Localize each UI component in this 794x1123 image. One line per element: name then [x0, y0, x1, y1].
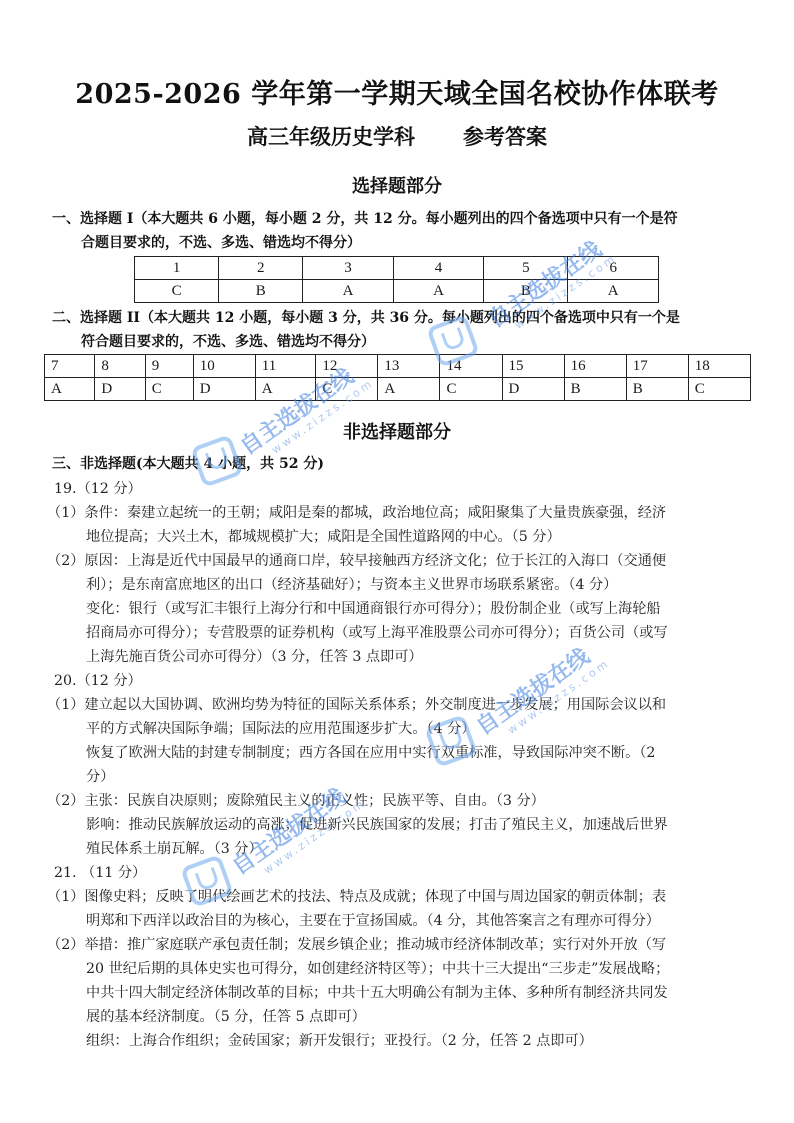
watermark-text: 自主选拔在线 [469, 640, 595, 741]
q-number: 10 [193, 355, 255, 378]
q21-part2-cont2: 中共十四大制定经济体制改革的目标；中共十五大明确公有制为主体、多种所有制经济共同… [86, 981, 668, 1006]
q-answer: A [378, 378, 440, 401]
q20-part1-second: 恢复了欧洲大陆的封建专制制度；西方各国在应用中实行双重标准，导致国际冲突不断。（… [86, 741, 655, 766]
section2-line1: 二、选择题 II（本大题共 12 小题，每小题 3 分，共 36 分。每小题列出… [52, 310, 680, 326]
q-answer: A [568, 280, 659, 303]
q20-part1-second-cont: 分） [86, 765, 114, 790]
q20-part2-impact: 影响：推动民族解放运动的高涨；促进新兴民族国家的发展；打击了殖民主义，加速战后世… [86, 813, 668, 838]
section1-line2: 合题目要求的，不选、多选、错选均不得分） [52, 231, 678, 255]
section2-line2: 符合题目要求的，不选、多选、错选均不得分） [52, 330, 680, 354]
q21-organizations: 组织：上海合作组织；金砖国家；新开发银行；亚投行。（2 分，任答 2 点即可） [86, 1029, 593, 1054]
q-number: 16 [564, 355, 626, 378]
q20-part2-impact-cont: 殖民体系土崩瓦解。（3 分） [86, 837, 263, 862]
q-number: 14 [440, 355, 502, 378]
q19-part2-cont: 利）；是东南富庶地区的出口（经济基础好）；与资本主义世界市场联系紧密。（4 分） [86, 573, 617, 598]
nonchoice-part-heading: 非选择题部分 [0, 418, 794, 444]
table1-answer-row: C B A A B A [135, 280, 659, 303]
q-answer: A [255, 378, 316, 401]
q19-changes-cont: 招商局亦可得分）；专营股票的证券机构（或写上海平准股票公司亦可得分）；百货公司（… [86, 621, 668, 646]
q21-heading: 21. （11 分） [54, 861, 146, 886]
q-number: 3 [303, 257, 393, 280]
q-number: 8 [95, 355, 145, 378]
q20-part1-cont: 平的方式解决国际争端；国际法的应用范围逐步扩大。（4 分） [86, 717, 476, 742]
q-number: 17 [626, 355, 688, 378]
section2-instructions: 二、选择题 II（本大题共 12 小题，每小题 3 分，共 36 分。每小题列出… [52, 306, 680, 354]
answer-table-2: 7 8 9 10 11 12 13 14 15 16 17 18 A D C D… [44, 354, 751, 401]
document-title: 2025-2026 学年第一学期天域全国名校协作体联考 [0, 72, 794, 111]
q21-part2-cont3: 展的基本经济制度。（5 分，任答 5 点即可） [86, 1005, 366, 1030]
q21-part1: （1）图像史料；反映了明代绘画艺术的技法、特点及成就；体现了中国与周边国家的朝贡… [47, 885, 666, 910]
q19-part2: （2）原因：上海是近代中国最早的通商口岸，较早接触西方经济文化；位于长江的入海口… [47, 549, 666, 574]
q-answer: C [145, 378, 193, 401]
q-answer: D [502, 378, 564, 401]
q-answer: A [303, 280, 393, 303]
q21-part1-cont: 明郑和下西洋以政治目的为核心，主要在于宣扬国威。（4 分，其他答案言之有理亦可得… [86, 909, 660, 934]
q-number: 18 [688, 355, 750, 378]
q-number: 15 [502, 355, 564, 378]
q-number: 13 [378, 355, 440, 378]
q-answer: C [316, 378, 378, 401]
q-number: 7 [45, 355, 95, 378]
q-number: 11 [255, 355, 316, 378]
table2-number-row: 7 8 9 10 11 12 13 14 15 16 17 18 [45, 355, 751, 378]
subject-label: 高三年级历史学科 [247, 124, 415, 149]
table2-answer-row: A D C D A C A C D B B C [45, 378, 751, 401]
q-answer: C [135, 280, 219, 303]
q-answer: A [393, 280, 483, 303]
document-subtitle: 高三年级历史学科参考答案 [0, 121, 794, 151]
section1-instructions: 一、选择题 I（本大题共 6 小题，每小题 2 分，共 12 分。每小题列出的四… [52, 207, 678, 255]
q-answer: C [440, 378, 502, 401]
q19-part1: （1）条件：秦建立起统一的王朝；咸阳是秦的都城，政治地位高；咸阳聚集了大量贵族豪… [47, 501, 666, 526]
q-number: 9 [145, 355, 193, 378]
q-answer: D [193, 378, 255, 401]
answer-table-1: 1 2 3 4 5 6 C B A A B A [134, 256, 659, 303]
answer-key-label: 参考答案 [463, 124, 547, 149]
q21-part2-cont: 20 世纪后期的具体史实也可得分，如创建经济特区等）；中共十三大提出“三步走”发… [86, 957, 669, 982]
q-answer: A [45, 378, 95, 401]
q19-heading: 19.（12 分） [54, 477, 142, 502]
section3-heading: 三、非选择题(本大题共 4 小题，共 52 分) [52, 452, 324, 476]
q20-heading: 20.（12 分） [54, 669, 142, 694]
q-answer: B [564, 378, 626, 401]
q19-changes-cont2: 上海先施百货公司亦可得分）（3 分，任答 3 点即可） [86, 645, 423, 670]
q-number: 6 [568, 257, 659, 280]
q21-part2: （2）举措：推广家庭联产承包责任制；发展乡镇企业；推动城市经济体制改革；实行对外… [47, 933, 666, 958]
choice-part-heading: 选择题部分 [0, 172, 794, 198]
q-answer: B [626, 378, 688, 401]
table1-number-row: 1 2 3 4 5 6 [135, 257, 659, 280]
section1-line1: 一、选择题 I（本大题共 6 小题，每小题 2 分，共 12 分。每小题列出的四… [52, 211, 678, 227]
q-number: 5 [484, 257, 568, 280]
q-answer: C [688, 378, 750, 401]
q-number: 12 [316, 355, 378, 378]
q-answer: B [219, 280, 303, 303]
q19-changes: 变化：银行（或写汇丰银行上海分行和中国通商银行亦可得分）；股份制企业（或写上海轮… [86, 597, 661, 622]
q-answer: D [95, 378, 145, 401]
q20-part2: （2）主张：民族自决原则；废除殖民主义的正义性；民族平等、自由。（3 分） [47, 789, 545, 814]
q19-part1-cont: 地位提高；大兴土木，都城规模扩大；咸阳是全国性道路网的中心。（5 分） [86, 525, 561, 550]
q-number: 2 [219, 257, 303, 280]
q-answer: B [484, 280, 568, 303]
q-number: 1 [135, 257, 219, 280]
q20-part1: （1）建立起以大国协调、欧洲均势为特征的国际关系体系；外交制度进一步发展；用国际… [47, 693, 666, 718]
q-number: 4 [393, 257, 483, 280]
